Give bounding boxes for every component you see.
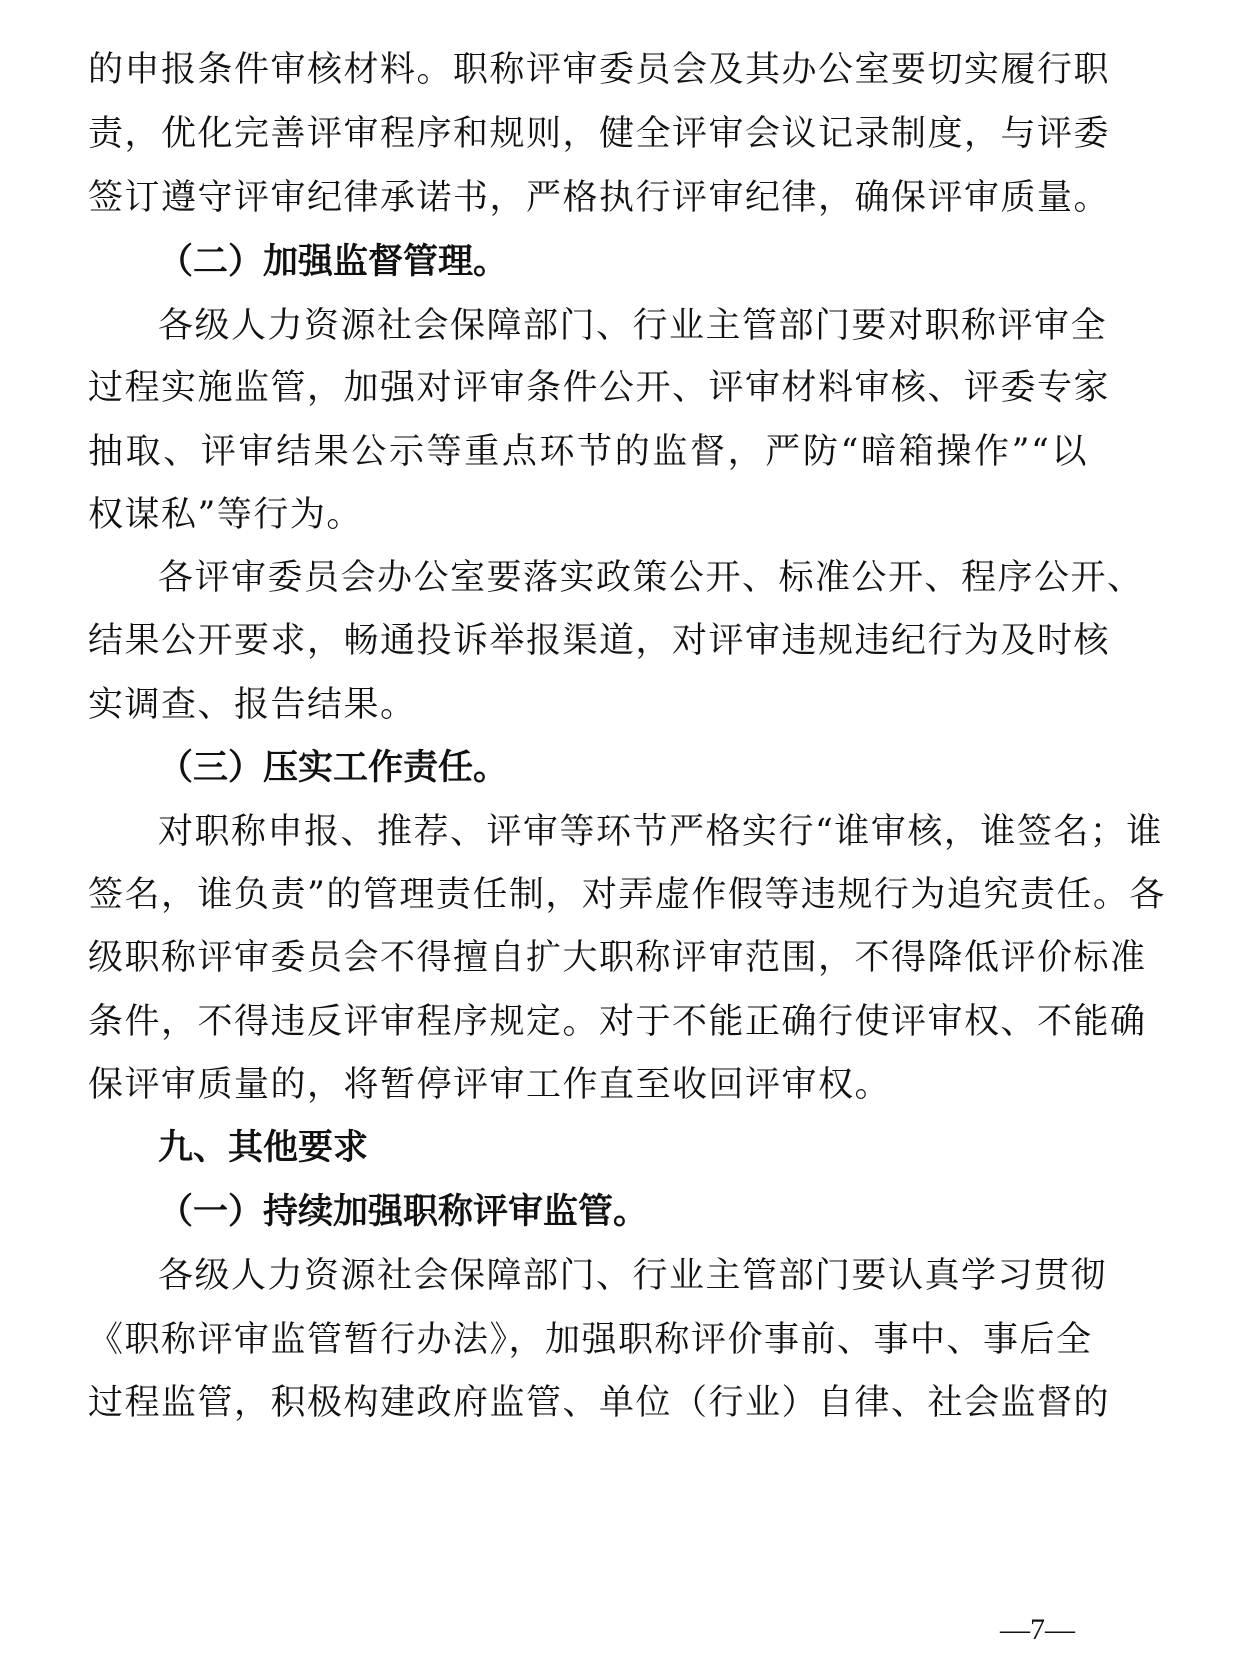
paragraph-line: 各级人力资源社会保障部门、行业主管部门要对职称评审全	[158, 304, 1088, 348]
paragraph-line: 条件，不得违反评审程序规定。对于不能正确行使评审权、不能确	[88, 1000, 1088, 1044]
paragraph-line: 《职称评审监管暂行办法》，加强职称评价事前、事中、事后全	[88, 1318, 1088, 1362]
paragraph-line: 实调查、报告结果。	[88, 683, 1088, 727]
paragraph-line: 签订遵守评审纪律承诺书，严格执行评审纪律，确保评审质量。	[88, 176, 1088, 220]
paragraph-line: 保评审质量的，将暂停评审工作直至收回评审权。	[88, 1063, 1088, 1107]
paragraph-line: 过程监管，积极构建政府监管、单位（行业）自律、社会监督的	[88, 1381, 1088, 1425]
section-heading: （三）压实工作责任。	[158, 746, 1088, 790]
section-heading: （一）持续加强职称评审监管。	[158, 1190, 1088, 1234]
paragraph-line: 责，优化完善评审程序和规则，健全评审会议记录制度，与评委	[88, 112, 1088, 156]
document-page: 的申报条件审核材料。职称评审委员会及其办公室要切实履行职 责，优化完善评审程序和…	[0, 0, 1233, 1663]
paragraph-line: 各级人力资源社会保障部门、行业主管部门要认真学习贯彻	[158, 1254, 1088, 1298]
page-number: —7—	[1000, 1612, 1075, 1648]
paragraph-line: 权谋私”等行为。	[88, 493, 1088, 537]
paragraph-line: 的申报条件审核材料。职称评审委员会及其办公室要切实履行职	[88, 48, 1088, 92]
section-heading: （二）加强监督管理。	[158, 240, 1088, 284]
paragraph-line: 签名，谁负责”的管理责任制，对弄虚作假等违规行为追究责任。各	[88, 873, 1088, 917]
paragraph-line: 结果公开要求，畅通投诉举报渠道，对评审违规违纪行为及时核	[88, 619, 1088, 663]
paragraph-line: 各评审委员会办公室要落实政策公开、标准公开、程序公开、	[158, 556, 1088, 600]
paragraph-line: 抽取、评审结果公示等重点环节的监督，严防“暗箱操作”“以	[88, 430, 1088, 474]
paragraph-line: 级职称评审委员会不得擅自扩大职称评审范围，不得降低评价标准	[88, 936, 1088, 980]
chapter-heading: 九、其他要求	[158, 1126, 1088, 1170]
paragraph-line: 对职称申报、推荐、评审等环节严格实行“谁审核，谁签名；谁	[158, 810, 1088, 854]
paragraph-line: 过程实施监管，加强对评审条件公开、评审材料审核、评委专家	[88, 366, 1088, 410]
